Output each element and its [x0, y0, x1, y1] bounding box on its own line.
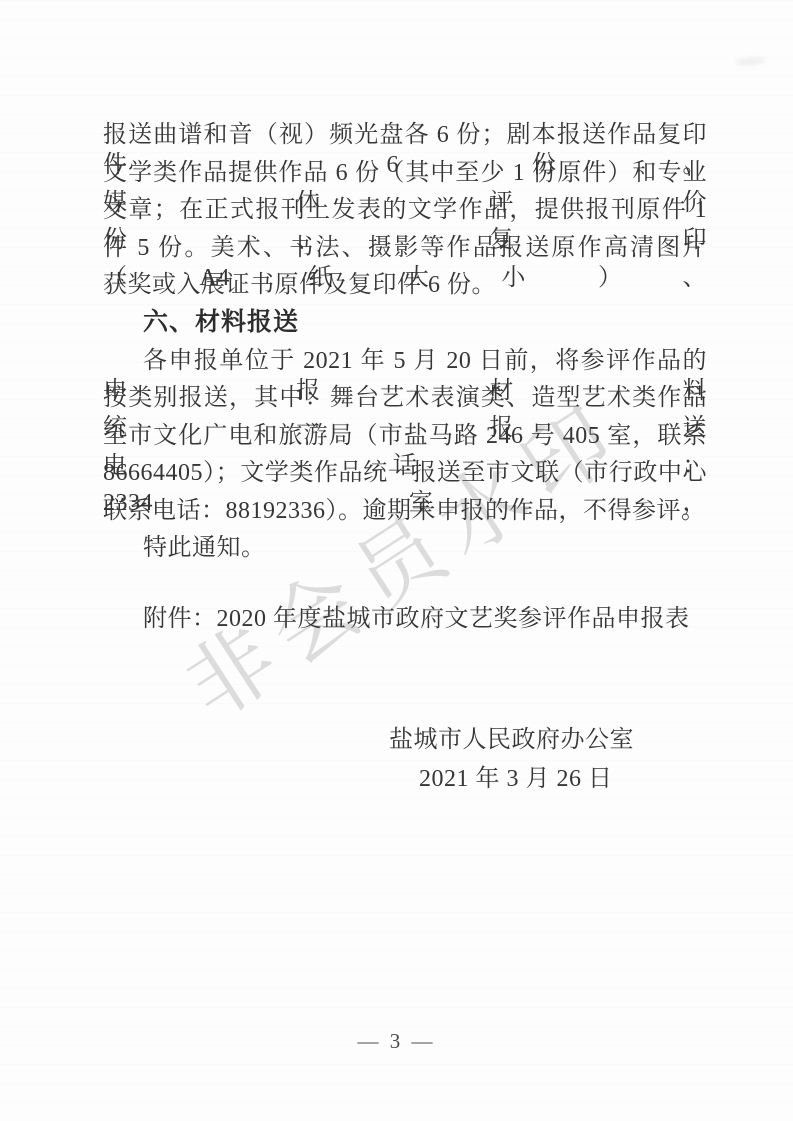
- signature-office: 盐城市人民政府办公室: [389, 719, 634, 754]
- section-heading: 六、材料报送: [103, 307, 707, 337]
- body-line: 联系电话：88192336）。逾期未申报的作品，不得参评。: [103, 496, 707, 526]
- document-body: 报送曲谱和音（视）频光盘各 6 份；剧本报送作品复印件 6 份。 文学类作品提供…: [0, 0, 793, 1121]
- body-line: 获奖或入展证书原件及复印件 6 份。: [103, 270, 707, 300]
- signature-date: 2021 年 3 月 26 日: [419, 758, 613, 793]
- closing-line: 特此通知。: [103, 533, 707, 563]
- attachment-line: 附件：2020 年度盐城市政府文艺奖参评作品申报表: [103, 604, 707, 634]
- document-page: 非会员水印 报送曲谱和音（视）频光盘各 6 份；剧本报送作品复印件 6 份。 文…: [0, 0, 793, 1121]
- page-number: — 3 —: [0, 1029, 793, 1054]
